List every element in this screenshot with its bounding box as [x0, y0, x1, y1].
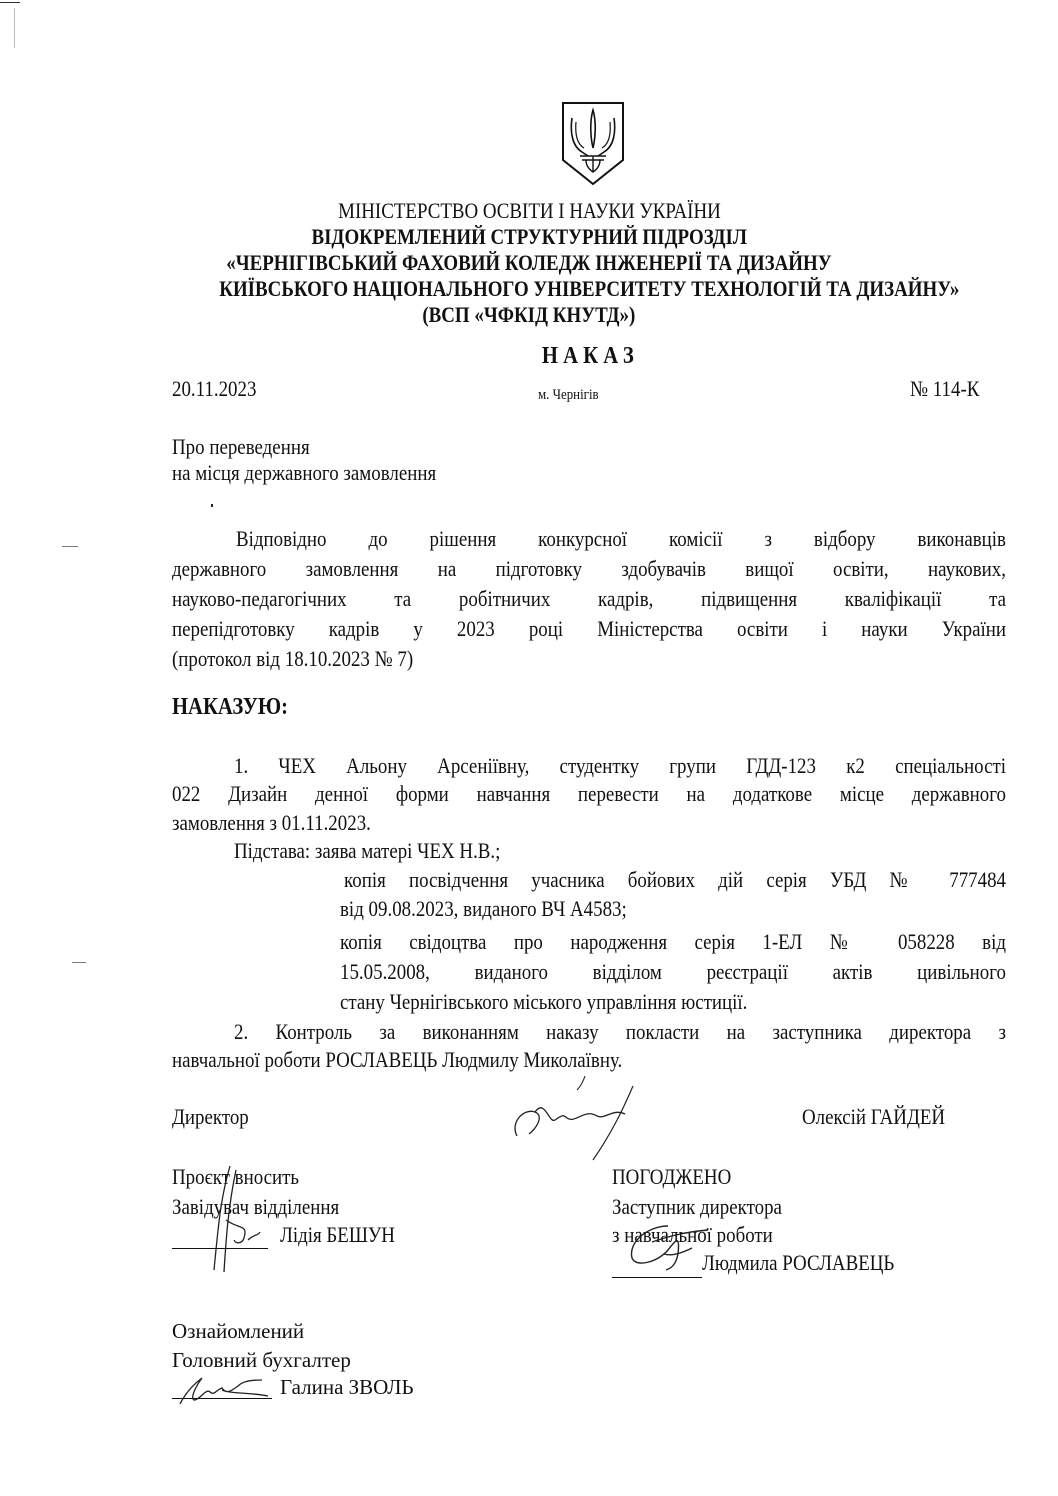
text-line: науково-педагогічних та робітничих кадрі…	[172, 586, 1006, 612]
scan-artifact	[62, 546, 78, 547]
director-name: Олексій ГАЙДЕЙ	[802, 1104, 945, 1130]
unit-name: ВІДОКРЕМЛЕНИЙ СТРУКТУРНИЙ ПІДРОЗДІЛ	[0, 224, 1058, 250]
college-name-line2: КИЇВСЬКОГО НАЦІОНАЛЬНОГО УНІВЕРСИТЕТУ ТЕ…	[60, 276, 1058, 302]
scan-artifact	[14, 8, 15, 48]
text-line: 15.05.2008, виданого відділом реєстрації…	[340, 959, 1006, 985]
scan-dot	[211, 504, 213, 507]
text-line: стану Чернігівського міського управління…	[340, 989, 880, 1015]
document-title: НАКАЗ	[0, 343, 1058, 370]
accountant-name: Галина ЗВОЛЬ	[280, 1374, 414, 1400]
text-line: перепідготовку кадрів у 2023 році Мініст…	[172, 616, 1006, 642]
text-line: державного замовлення на підготовку здоб…	[172, 556, 1006, 582]
text-line: копія свідоцтва про народження серія 1-Е…	[340, 929, 1006, 955]
submitter-signature	[200, 1160, 280, 1280]
director-position: Директор	[172, 1104, 249, 1130]
order-number: № 114-К	[910, 376, 979, 402]
ukraine-coat-of-arms-icon	[560, 100, 626, 186]
college-abbreviation: (ВСП «ЧФКІД КНУТД»)	[0, 302, 1058, 328]
text-line: 022 Дизайн денної форми навчання перевес…	[172, 781, 1006, 807]
acknowledged-heading: Ознайомлений	[172, 1318, 304, 1344]
director-signature	[505, 1068, 655, 1168]
approved-heading: ПОГОДЖЕНО	[612, 1164, 731, 1190]
ministry-name: МІНІСТЕРСТВО ОСВІТИ І НАУКИ УКРАЇНИ	[0, 198, 1058, 224]
subject-line1: Про переведення	[172, 434, 310, 460]
submitter-name: Лідія БЕШУН	[280, 1222, 395, 1248]
text-line: навчальної роботи РОСЛАВЕЦЬ Людмилу Мико…	[172, 1047, 772, 1073]
orders-heading: НАКАЗУЮ:	[172, 694, 288, 720]
approved-line1: Заступник директора	[612, 1194, 782, 1220]
scan-artifact	[0, 2, 20, 3]
text-line: 2. Контроль за виконанням наказу покласт…	[234, 1019, 1006, 1045]
college-name-line1: «ЧЕРНІГІВСЬКИЙ ФАХОВИЙ КОЛЕДЖ ІНЖЕНЕРІЇ …	[0, 250, 1058, 276]
text-line: (протокол від 18.10.2023 № 7)	[172, 646, 472, 672]
accountant-signature	[172, 1370, 272, 1410]
order-date: 20.11.2023	[172, 376, 256, 402]
subject-line2: на місця державного замовлення	[172, 460, 436, 486]
text-line: копія посвідчення учасника бойових дій с…	[344, 867, 1006, 893]
scan-artifact	[72, 962, 86, 963]
order-city: м. Чернігів	[538, 382, 599, 408]
text-line: 1. ЧЕХ Альону Арсеніївну, студентку груп…	[234, 753, 1006, 779]
text-line: Відповідно до рішення конкурсної комісії…	[236, 526, 1006, 552]
text-line: замовлення з 01.11.2023.	[172, 810, 472, 836]
approver-name: Людмила РОСЛАВЕЦЬ	[702, 1250, 894, 1276]
basis-label: Підстава: заява матері ЧЕХ Н.В.;	[234, 838, 500, 864]
text-line: від 09.08.2023, виданого ВЧ А4583;	[340, 896, 660, 922]
